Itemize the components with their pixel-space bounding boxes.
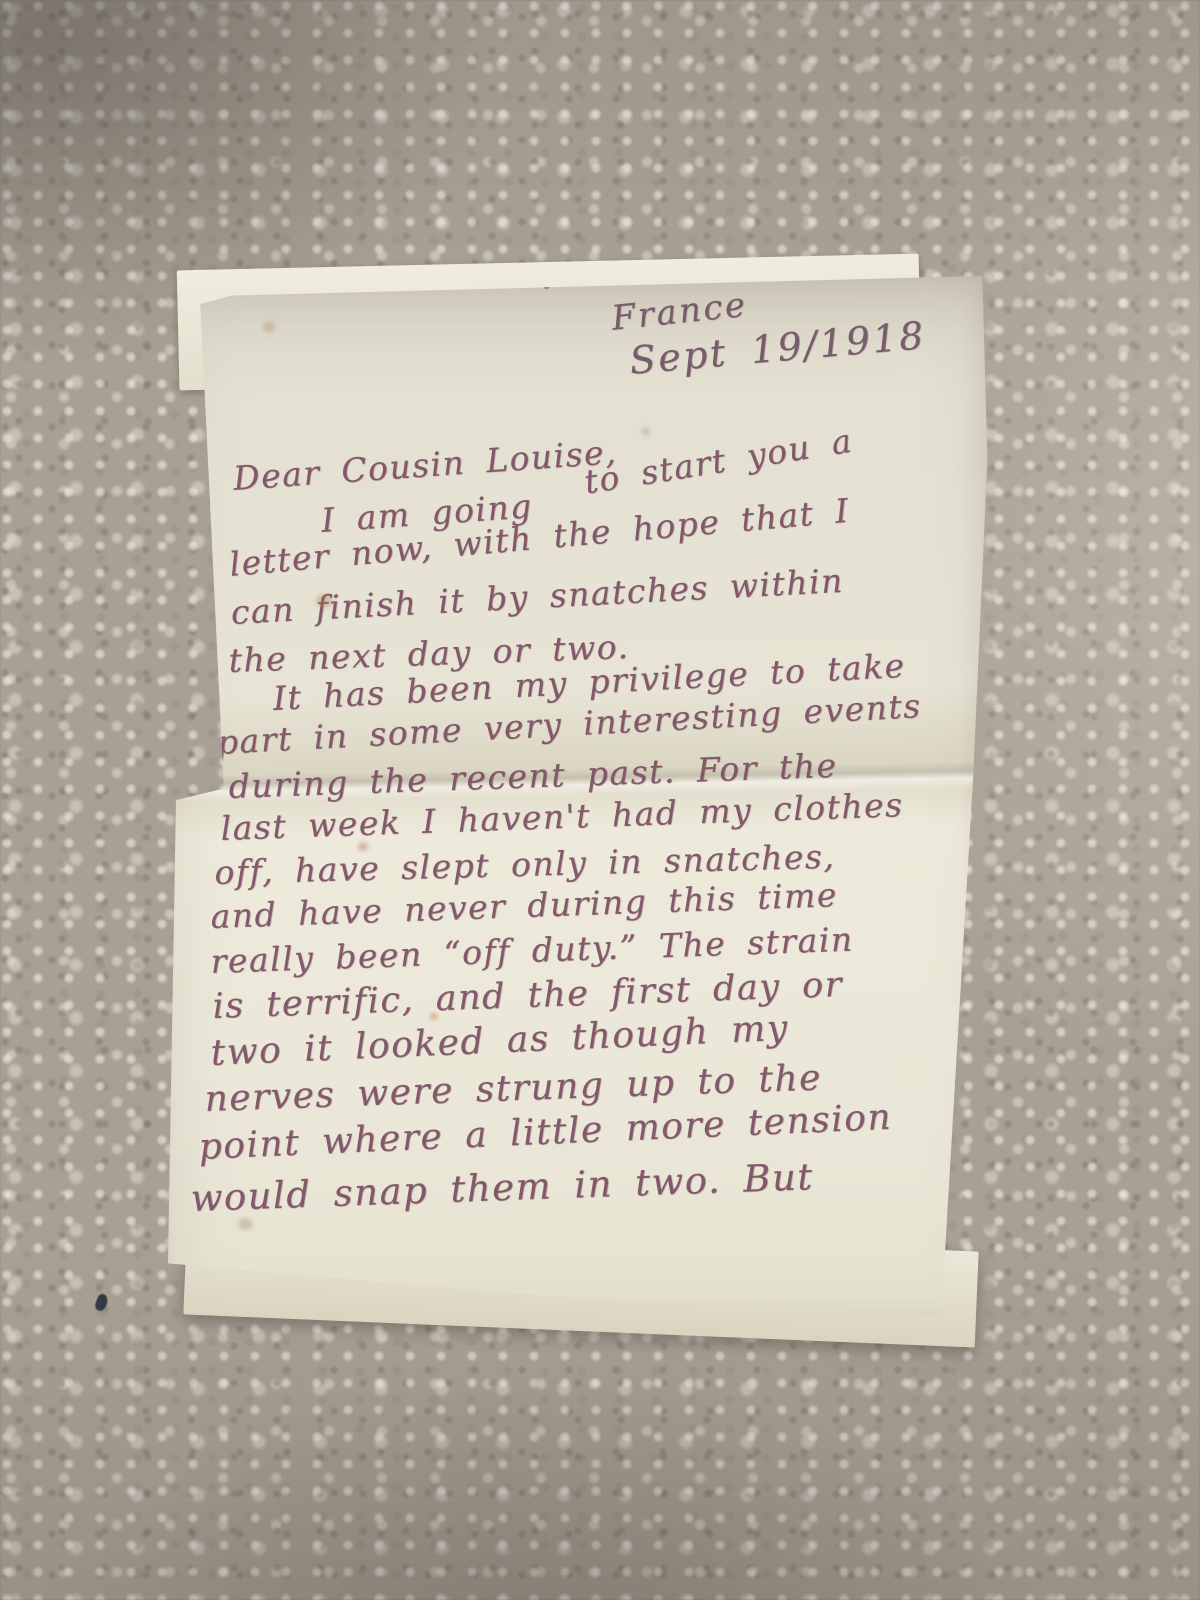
heading-place: France	[610, 288, 749, 336]
letter-front-page: France Sept 19/1918 Dear Cousin Louise, …	[160, 268, 1000, 1328]
foxing-stain	[316, 594, 333, 608]
photo-of-handwritten-letter: France Sept 19/1918 Dear Cousin Louise, …	[0, 0, 1200, 1600]
foxing-stain	[263, 322, 275, 332]
handwriting-line: to start you a	[582, 424, 855, 499]
foxing-stain	[430, 1013, 438, 1020]
handwriting-line: would snap them in two. But	[190, 1158, 814, 1217]
foxing-stain	[358, 842, 368, 851]
foxing-stain	[238, 1218, 253, 1230]
foxing-stain	[642, 428, 650, 435]
salutation-line: Dear Cousin Louise,	[232, 435, 618, 495]
